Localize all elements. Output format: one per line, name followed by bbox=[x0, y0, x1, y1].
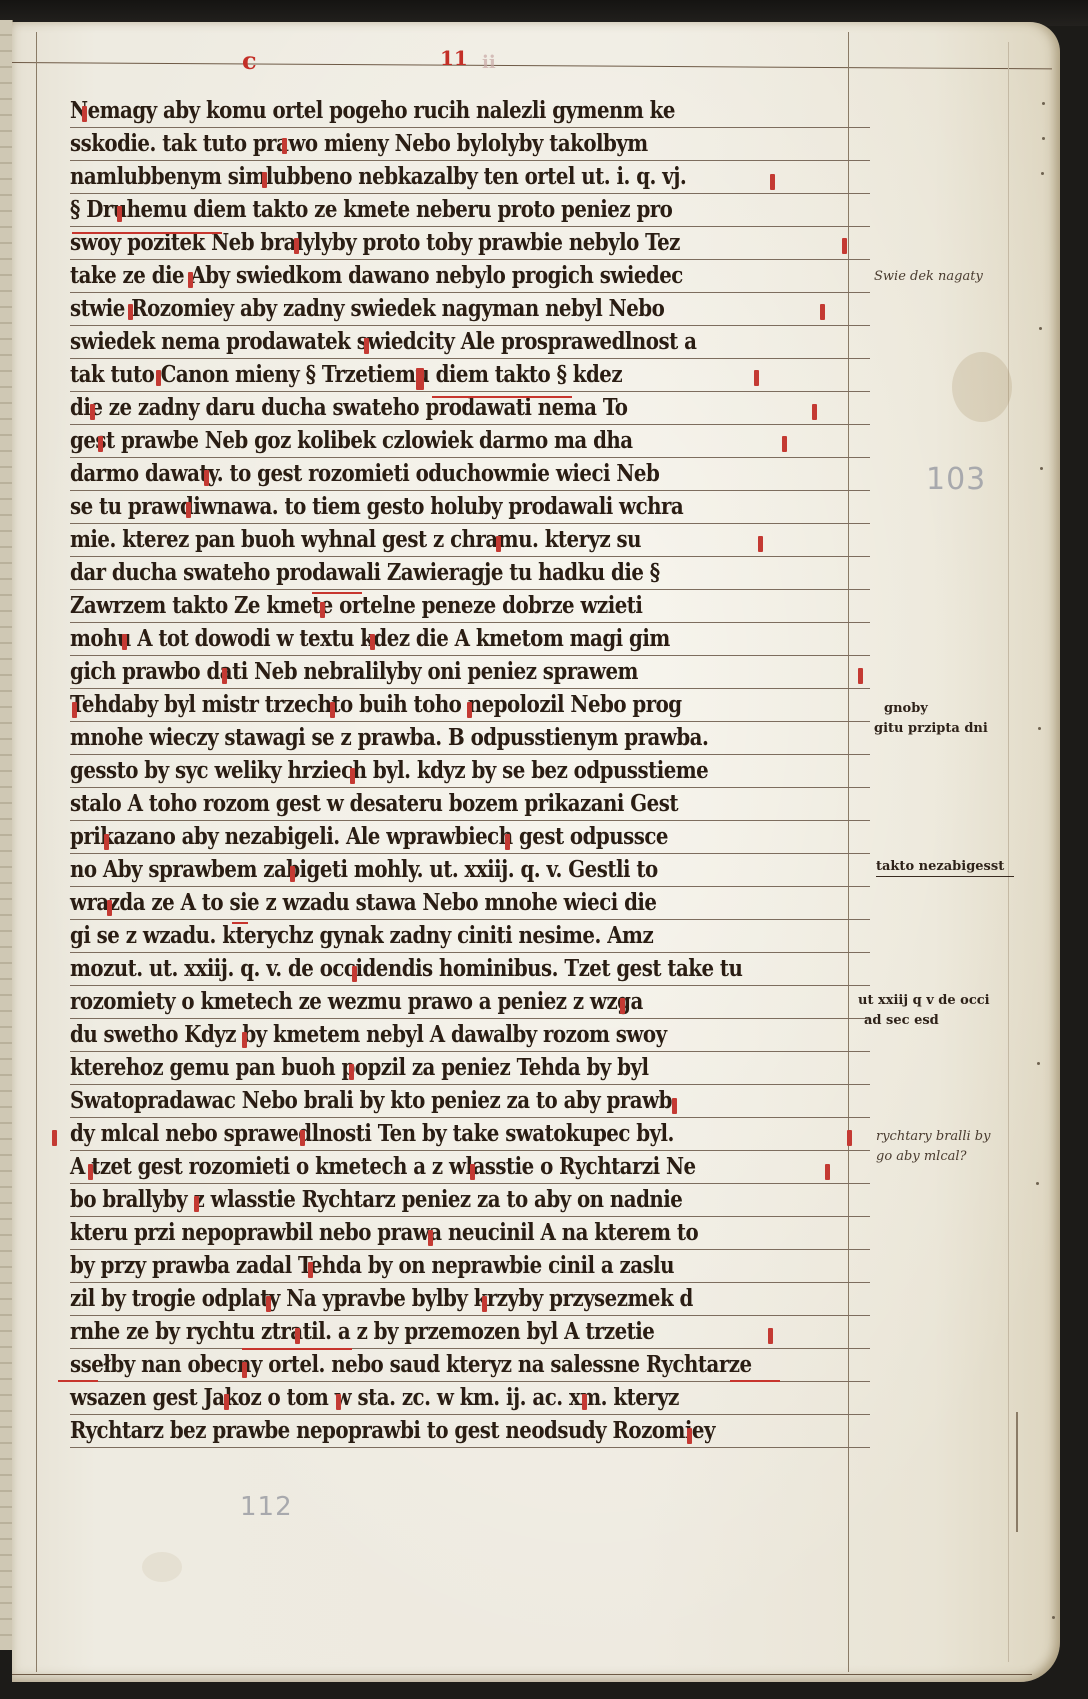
rubric-stroke bbox=[842, 238, 847, 254]
rubric-stroke bbox=[156, 370, 161, 386]
text-line: du swetho Kdyz by kmetem nebyl A dawalby… bbox=[70, 1019, 870, 1052]
bottom-frame-rule bbox=[12, 1674, 1032, 1675]
text-line: prikazano aby nezabigeli. Ale wprawbiech… bbox=[70, 821, 870, 854]
rubric-stroke bbox=[242, 1362, 247, 1378]
text-line: Swatopradawac Nebo brali by kto peniez z… bbox=[70, 1085, 870, 1118]
rubric-stroke bbox=[825, 1164, 830, 1180]
rubric-underline-druhemu bbox=[72, 232, 222, 234]
rubric-stroke bbox=[117, 206, 122, 222]
pricking-mark bbox=[1052, 1616, 1055, 1619]
rubric-stroke bbox=[467, 702, 472, 718]
rubric-stroke bbox=[204, 470, 209, 486]
rubric-stroke bbox=[294, 238, 299, 254]
text-line: sskodie. tak tuto prawo mieny Nebo bylol… bbox=[70, 128, 870, 161]
rubric-stroke bbox=[812, 404, 817, 420]
rubric-stroke bbox=[364, 338, 369, 354]
rubric-stroke bbox=[336, 1394, 341, 1410]
rubric-stroke bbox=[295, 1328, 300, 1344]
rubric-stroke bbox=[290, 866, 295, 882]
text-line: mohu A tot dowodi w textu kdez die A kme… bbox=[70, 623, 870, 656]
parchment-stain bbox=[142, 1552, 182, 1582]
rubric-stroke bbox=[222, 668, 227, 684]
rubric-stroke bbox=[308, 1262, 313, 1278]
pricking-mark bbox=[1042, 137, 1045, 140]
rubric-stroke bbox=[242, 1032, 247, 1048]
text-line: rnhe ze by rychtu ztratil. a z by przemo… bbox=[70, 1316, 870, 1349]
rubric-stroke bbox=[107, 900, 112, 916]
text-line: tak tuto Canon mieny § Trzetiemu diem ta… bbox=[70, 359, 870, 392]
pricking-mark bbox=[1036, 1182, 1039, 1185]
margin-note-swiedek: Swie dek nagaty bbox=[874, 268, 983, 286]
rubric-stroke bbox=[782, 436, 787, 452]
rubric-stroke bbox=[282, 138, 287, 154]
rubric-stroke bbox=[770, 174, 775, 190]
rubric-underline-nayprawbe bbox=[242, 1348, 352, 1350]
running-mark-faint: ii bbox=[482, 52, 496, 73]
left-margin-rule bbox=[36, 32, 37, 1672]
outer-margin-stroke bbox=[1016, 1412, 1018, 1532]
rubric-stroke bbox=[188, 272, 193, 288]
text-line: mie. kterez pan buoh wyhnal gest z chram… bbox=[70, 524, 870, 557]
text-line: rozomiety o kmetech ze wezmu prawo a pen… bbox=[70, 986, 870, 1019]
rubric-stroke bbox=[758, 536, 763, 552]
text-line: swiedek nema prodawatek swiedcity Ale pr… bbox=[70, 326, 870, 359]
rubric-stroke bbox=[672, 1098, 677, 1114]
running-mark-number: 11 bbox=[440, 46, 468, 70]
rubric-stroke bbox=[496, 536, 501, 552]
rubric-stroke bbox=[470, 1164, 475, 1180]
outer-margin-rule bbox=[1008, 42, 1009, 1662]
text-line: zil by trogie odplaty Na ypravbe bylby k… bbox=[70, 1283, 870, 1316]
rubric-stroke bbox=[262, 172, 267, 188]
margin-note-gitu-przipta: gitu przipta dni bbox=[874, 720, 988, 738]
manuscript-page: c 11 ii Nemagy aby komu ortel pogeho ruc… bbox=[12, 22, 1060, 1682]
text-line: stalo A toho rozom gest w desateru bozem… bbox=[70, 788, 870, 821]
text-line: by przy prawba zadal Tehda by on neprawb… bbox=[70, 1250, 870, 1283]
paragraph-mark bbox=[416, 368, 424, 390]
text-line: wsazen gest Jakoz o tom w sta. zc. w km.… bbox=[70, 1382, 870, 1415]
pricking-mark bbox=[1037, 1062, 1040, 1065]
rubric-underline-abzetie bbox=[730, 1380, 780, 1382]
rubric-stroke bbox=[52, 1130, 57, 1146]
text-line: Zawrzem takto Ze kmete ortelne peneze do… bbox=[70, 590, 870, 623]
pricking-mark bbox=[1040, 467, 1043, 470]
rubric-stroke bbox=[620, 998, 625, 1014]
rubric-stroke bbox=[370, 634, 375, 650]
text-line: gessto by syc weliky hrziech byl. kdyz b… bbox=[70, 755, 870, 788]
text-line: Nemagy aby komu ortel pogeho rucih nalez… bbox=[70, 95, 870, 128]
margin-note-citation: ut xxiij q v de occi bbox=[858, 992, 990, 1010]
margin-note-ad-sec: ad sec esd bbox=[864, 1012, 939, 1030]
rubric-stroke bbox=[858, 668, 863, 684]
parchment-stain bbox=[952, 352, 1012, 422]
text-line: gest prawbe Neb goz kolibek czlowiek dar… bbox=[70, 425, 870, 458]
text-line: dy mlcal nebo sprawedlnosti Ten by take … bbox=[70, 1118, 870, 1151]
rubric-stroke bbox=[98, 436, 103, 452]
margin-note-rychtary: rychtary bralli by bbox=[876, 1128, 990, 1146]
rubric-stroke bbox=[82, 106, 87, 122]
rubric-stroke bbox=[820, 304, 825, 320]
running-mark-c: c bbox=[242, 46, 257, 75]
rubric-stroke bbox=[847, 1130, 852, 1146]
rubric-stroke bbox=[320, 602, 325, 618]
pricking-mark bbox=[1041, 172, 1044, 175]
rubric-stroke bbox=[128, 304, 133, 320]
text-line: mnohe wieczy stawagi se z prawba. B odpu… bbox=[70, 722, 870, 755]
rubric-stroke bbox=[505, 834, 510, 850]
margin-note-takto-nezabigesst: takto nezabigesst bbox=[876, 858, 1014, 877]
rubric-stroke bbox=[350, 768, 355, 784]
text-line: Rychtarz bez prawbe nepoprawbi to gest n… bbox=[70, 1415, 870, 1448]
rubric-stroke bbox=[266, 1296, 271, 1312]
text-line: stwie Rozomiey aby zadny swiedek nagyman… bbox=[70, 293, 870, 326]
pricking-mark bbox=[1038, 727, 1041, 730]
text-line: gi se z wzadu. kterychz gynak zadny cini… bbox=[70, 920, 870, 953]
rubric-stroke bbox=[194, 1196, 199, 1212]
rubric-stroke bbox=[330, 702, 335, 718]
rubric-stroke bbox=[300, 1130, 305, 1146]
rubric-underline-trzetiemu bbox=[432, 396, 572, 398]
rubric-stroke bbox=[72, 702, 77, 718]
rubric-stroke bbox=[349, 1064, 354, 1080]
rubric-stroke bbox=[754, 370, 759, 386]
rubric-stroke bbox=[352, 966, 357, 982]
text-line: kteru przi nepoprawbil nebo prawa neucin… bbox=[70, 1217, 870, 1250]
rubric-stroke bbox=[428, 1230, 433, 1246]
text-line: bo brallyby z wlasstie Rychtarz peniez z… bbox=[70, 1184, 870, 1217]
text-line: wrazda ze A to sie z wzadu stawa Nebo mn… bbox=[70, 887, 870, 920]
pencil-folio-number-bottom: 112 bbox=[240, 1492, 293, 1522]
margin-note-mlcal: go aby mlcal? bbox=[876, 1148, 966, 1166]
rubric-stroke bbox=[88, 1164, 93, 1180]
text-line: namlubbenym simlubbeno nebkazalby ten or… bbox=[70, 161, 870, 194]
rubric-stroke bbox=[186, 502, 191, 518]
text-line: darmo dawaty. to gest rozomieti oduchowm… bbox=[70, 458, 870, 491]
rubric-stroke bbox=[768, 1328, 773, 1344]
rubric-underline-zawieragje bbox=[312, 592, 362, 594]
text-line: mozut. ut. xxiij. q. v. de occidendis ho… bbox=[70, 953, 870, 986]
margin-note-gnoby: gnoby bbox=[884, 700, 928, 718]
rubric-stroke bbox=[122, 634, 127, 650]
rubric-stroke bbox=[582, 1394, 587, 1410]
text-line: no Aby sprawbem zabigeti mohly. ut. xxii… bbox=[70, 854, 870, 887]
text-line: kterehoz gemu pan buoh popzil za peniez … bbox=[70, 1052, 870, 1085]
pricking-mark bbox=[1042, 102, 1045, 105]
rubric-stroke bbox=[482, 1296, 487, 1312]
text-line: dar ducha swateho prodawali Zawieragje t… bbox=[70, 557, 870, 590]
rubric-strike-ze bbox=[232, 922, 248, 924]
rubric-stroke bbox=[90, 404, 95, 420]
text-line: gich prawbo dati Neb nebralilyby oni pen… bbox=[70, 656, 870, 689]
text-line: § Druhemu diem takto ze kmete neberu pro… bbox=[70, 194, 870, 227]
text-line: ssełby nan obecny ortel. nebo saud ktery… bbox=[70, 1349, 870, 1382]
top-frame-rule bbox=[12, 62, 1052, 69]
rubric-stroke bbox=[687, 1428, 692, 1444]
rubric-underline-rnhe bbox=[58, 1380, 98, 1382]
rubric-stroke bbox=[104, 834, 109, 850]
pencil-folio-number: 103 bbox=[926, 462, 986, 497]
rubric-stroke bbox=[224, 1394, 229, 1410]
pricking-mark bbox=[1039, 327, 1042, 330]
